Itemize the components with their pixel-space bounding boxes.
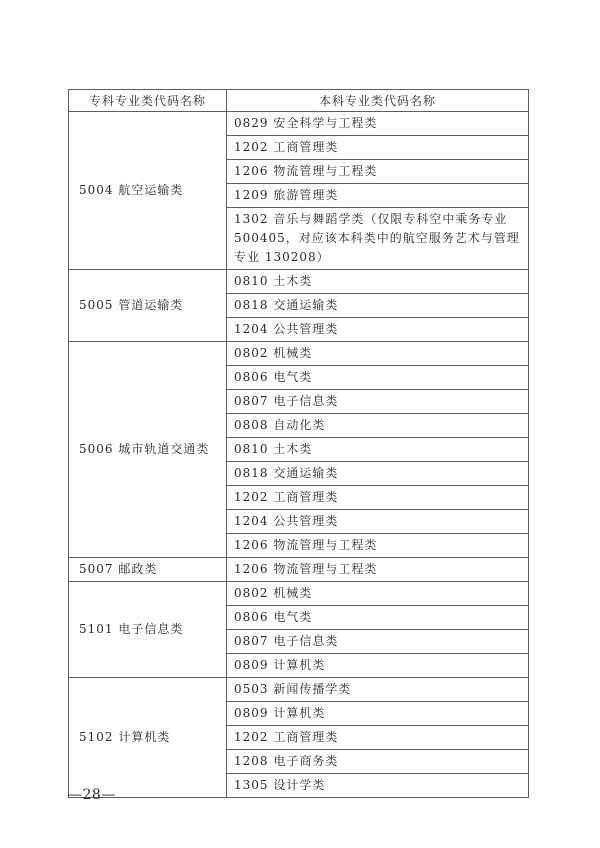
undergraduate-class-cell: 1302 音乐与舞蹈学类（仅限专科空中乘务专业 500405，对应该本科类中的航… <box>227 208 529 270</box>
table-row: 5005 管道运输类0810 土木类 <box>69 270 529 294</box>
document-page: 专科专业类代码名称 本科专业类代码名称 5004 航空运输类0829 安全科学与… <box>0 0 600 848</box>
undergraduate-class-cell: 0806 电气类 <box>227 606 529 630</box>
vocational-class-cell: 5005 管道运输类 <box>69 270 227 342</box>
table-row: 5101 电子信息类0802 机械类 <box>69 582 529 606</box>
undergraduate-class-cell: 1204 公共管理类 <box>227 318 529 342</box>
table-body: 5004 航空运输类0829 安全科学与工程类1202 工商管理类1206 物流… <box>69 112 529 798</box>
vocational-class-cell: 5101 电子信息类 <box>69 582 227 678</box>
undergraduate-class-cell: 1202 工商管理类 <box>227 726 529 750</box>
vocational-class-cell: 5006 城市轨道交通类 <box>69 342 227 558</box>
page-number: —28— <box>68 787 116 803</box>
undergraduate-class-cell: 1206 物流管理与工程类 <box>227 160 529 184</box>
undergraduate-class-cell: 1204 公共管理类 <box>227 510 529 534</box>
undergraduate-class-cell: 0802 机械类 <box>227 582 529 606</box>
undergraduate-class-cell: 1208 电子商务类 <box>227 750 529 774</box>
undergraduate-class-cell: 1209 旅游管理类 <box>227 184 529 208</box>
undergraduate-class-cell: 0802 机械类 <box>227 342 529 366</box>
undergraduate-class-cell: 0806 电气类 <box>227 366 529 390</box>
undergraduate-class-cell: 0810 土木类 <box>227 438 529 462</box>
vocational-class-cell: 5004 航空运输类 <box>69 112 227 270</box>
table-row: 5004 航空运输类0829 安全科学与工程类 <box>69 112 529 136</box>
undergraduate-class-cell: 0809 计算机类 <box>227 702 529 726</box>
undergraduate-class-cell: 0807 电子信息类 <box>227 390 529 414</box>
undergraduate-class-cell: 1202 工商管理类 <box>227 486 529 510</box>
undergraduate-class-cell: 0808 自动化类 <box>227 414 529 438</box>
vocational-class-cell: 5007 邮政类 <box>69 558 227 582</box>
undergraduate-class-cell: 0818 交通运输类 <box>227 462 529 486</box>
table-header-row: 专科专业类代码名称 本科专业类代码名称 <box>69 90 529 112</box>
major-code-mapping-table: 专科专业类代码名称 本科专业类代码名称 5004 航空运输类0829 安全科学与… <box>68 89 529 798</box>
undergraduate-class-cell: 0810 土木类 <box>227 270 529 294</box>
undergraduate-class-cell: 0818 交通运输类 <box>227 294 529 318</box>
table-row: 5102 计算机类0503 新闻传播学类 <box>69 678 529 702</box>
undergraduate-class-cell: 0503 新闻传播学类 <box>227 678 529 702</box>
undergraduate-class-cell: 1206 物流管理与工程类 <box>227 534 529 558</box>
vocational-class-cell: 5102 计算机类 <box>69 678 227 798</box>
column-header-undergraduate: 本科专业类代码名称 <box>227 90 529 112</box>
undergraduate-class-cell: 1206 物流管理与工程类 <box>227 558 529 582</box>
table-row: 5006 城市轨道交通类0802 机械类 <box>69 342 529 366</box>
column-header-vocational: 专科专业类代码名称 <box>69 90 227 112</box>
undergraduate-class-cell: 0809 计算机类 <box>227 654 529 678</box>
undergraduate-class-cell: 1305 设计学类 <box>227 774 529 798</box>
table-row: 5007 邮政类1206 物流管理与工程类 <box>69 558 529 582</box>
undergraduate-class-cell: 0807 电子信息类 <box>227 630 529 654</box>
undergraduate-class-cell: 1202 工商管理类 <box>227 136 529 160</box>
undergraduate-class-cell: 0829 安全科学与工程类 <box>227 112 529 136</box>
